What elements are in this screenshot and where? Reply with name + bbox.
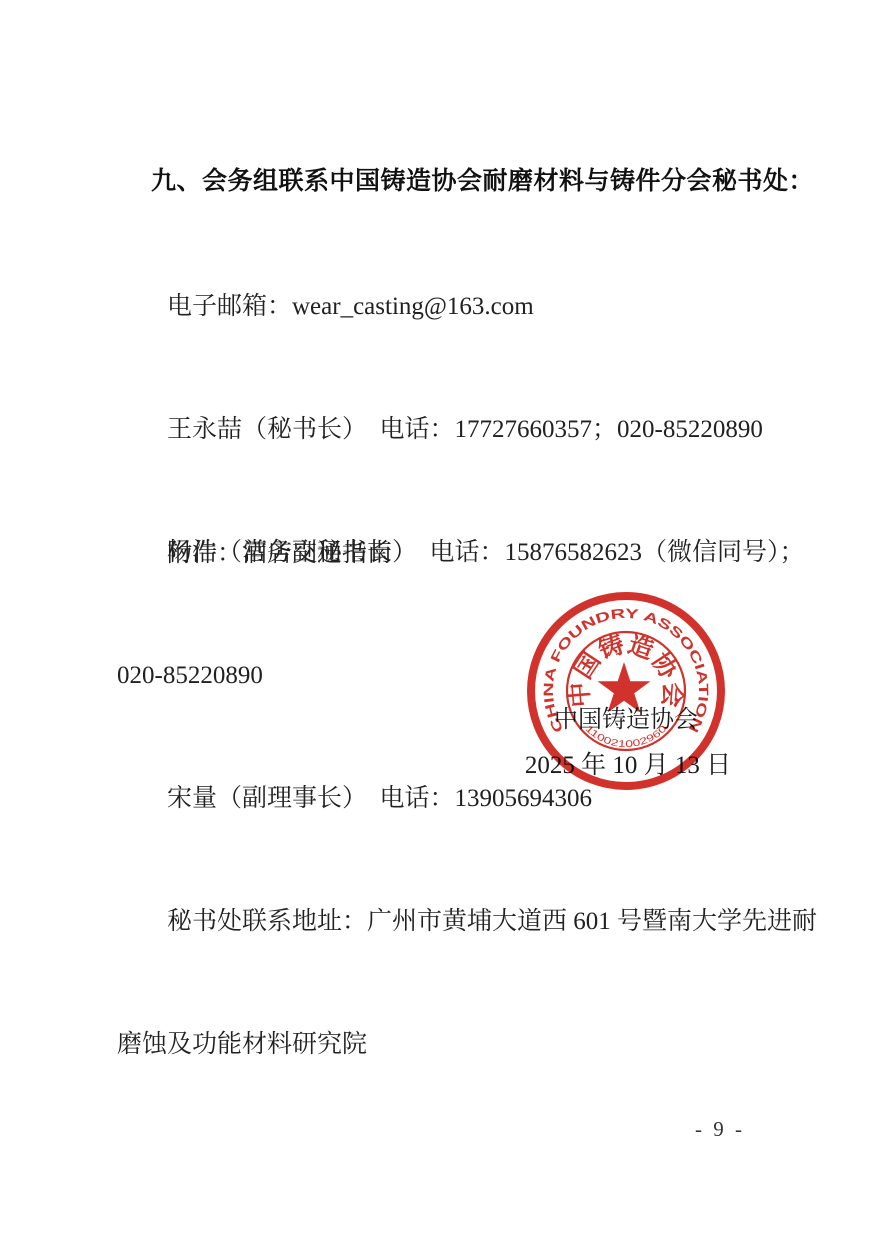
page-number: - 9 - [672, 1117, 768, 1142]
seal-code-text: 110021002960 [583, 723, 670, 750]
document-page: 九、会务组联系中国铸造协会耐磨材料与铸件分会秘书处： 电子邮箱：wear_cas… [0, 0, 880, 1244]
official-seal: CHINA FOUNDRY ASSOCIATION 中国铸造协会 1100210… [526, 591, 726, 791]
body-line-address2: 磨蚀及功能材料研究院 [117, 1024, 777, 1065]
attachment-note: 附件：酒店交通指南 [167, 533, 392, 569]
section-heading: 九、会务组联系中国铸造协会耐磨材料与铸件分会秘书处： [151, 161, 814, 197]
official-seal-graphic: CHINA FOUNDRY ASSOCIATION 中国铸造协会 1100210… [526, 591, 726, 791]
red-star-icon [598, 662, 651, 713]
body-line-address1: 秘书处联系地址：广州市黄埔大道西 601 号暨南大学先进耐 [117, 901, 777, 942]
body-line-email: 电子邮箱：wear_casting@163.com [117, 286, 777, 327]
body-line-contact1: 王永喆（秘书长） 电话：17727660357；020-85220890 [117, 409, 777, 450]
